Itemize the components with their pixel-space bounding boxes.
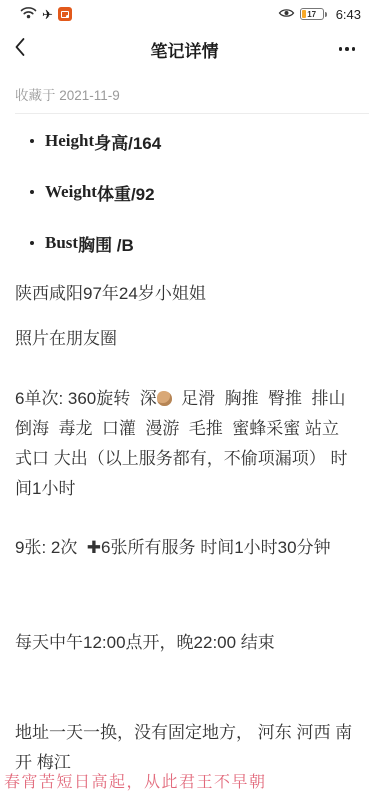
bullet-item-weight: Weight 体重/92	[30, 177, 354, 207]
bullet-list: Height 身高/164 Weight 体重/92 Bust 胸围 /B	[0, 126, 369, 258]
bullet-value: 胸围 /B	[78, 231, 134, 256]
chevron-left-icon	[14, 37, 26, 62]
bullet-en-label: Bust	[45, 233, 78, 253]
watermark-text: 春宵苦短日高起，从此君王不早朝	[4, 769, 267, 792]
note-paragraph: 9张: 2次 ✚6张所有服务 时间1小时30分钟	[15, 533, 354, 563]
status-bar: ✈ 17 6:43	[0, 0, 369, 26]
eye-comfort-icon	[278, 7, 295, 22]
badge-glyph	[61, 11, 69, 18]
status-bar-left: ✈	[20, 6, 72, 22]
battery-nub	[325, 12, 327, 17]
battery-icon: 17	[300, 8, 324, 20]
screen-record-badge-icon	[58, 7, 72, 21]
collected-date-label: 收藏于 2021-11-9	[15, 84, 354, 104]
ellipsis-icon	[352, 47, 356, 51]
status-time: 6:43	[336, 7, 361, 22]
note-content[interactable]: 收藏于 2021-11-9 Height 身高/164 Weight 体重/92…	[0, 84, 369, 778]
bullet-value: 身高/164	[94, 129, 161, 154]
note-paragraph: 陕西咸阳97年24岁小姐姐	[15, 279, 354, 309]
ellipsis-icon	[345, 47, 349, 51]
airplane-mode-icon: ✈	[42, 8, 53, 21]
bullet-item-bust: Bust 胸围 /B	[30, 228, 354, 258]
more-button[interactable]	[325, 34, 355, 64]
bullet-value: 体重/92	[97, 180, 155, 205]
bullet-dot-icon	[30, 139, 34, 143]
note-paragraph: 每天中午12:00点开，晚22:00 结束	[15, 628, 354, 658]
page-title: 笔记详情	[151, 37, 219, 62]
wifi-icon	[20, 6, 37, 22]
note-paragraph: 6单次: 360旋转 深 足滑 胸推 臀推 排山倒海 毒龙 口灌 漫游 毛推 蜜…	[15, 384, 354, 504]
nav-bar: 笔记详情	[0, 26, 369, 72]
back-button[interactable]	[14, 34, 44, 64]
battery-fill	[302, 10, 306, 18]
status-bar-right: 17 6:43	[278, 7, 361, 22]
bullet-dot-icon	[30, 241, 34, 245]
divider	[15, 113, 369, 114]
ellipsis-icon	[339, 47, 343, 51]
note-paragraph: 照片在朋友圈	[15, 324, 354, 354]
bullet-item-height: Height 身高/164	[30, 126, 354, 156]
bullet-en-label: Weight	[45, 182, 97, 202]
foot-emoji-icon	[157, 391, 172, 406]
bullet-en-label: Height	[45, 131, 94, 151]
app-screen: ✈ 17 6:43	[0, 0, 369, 800]
bullet-dot-icon	[30, 190, 34, 194]
battery-percent: 17	[307, 10, 316, 19]
